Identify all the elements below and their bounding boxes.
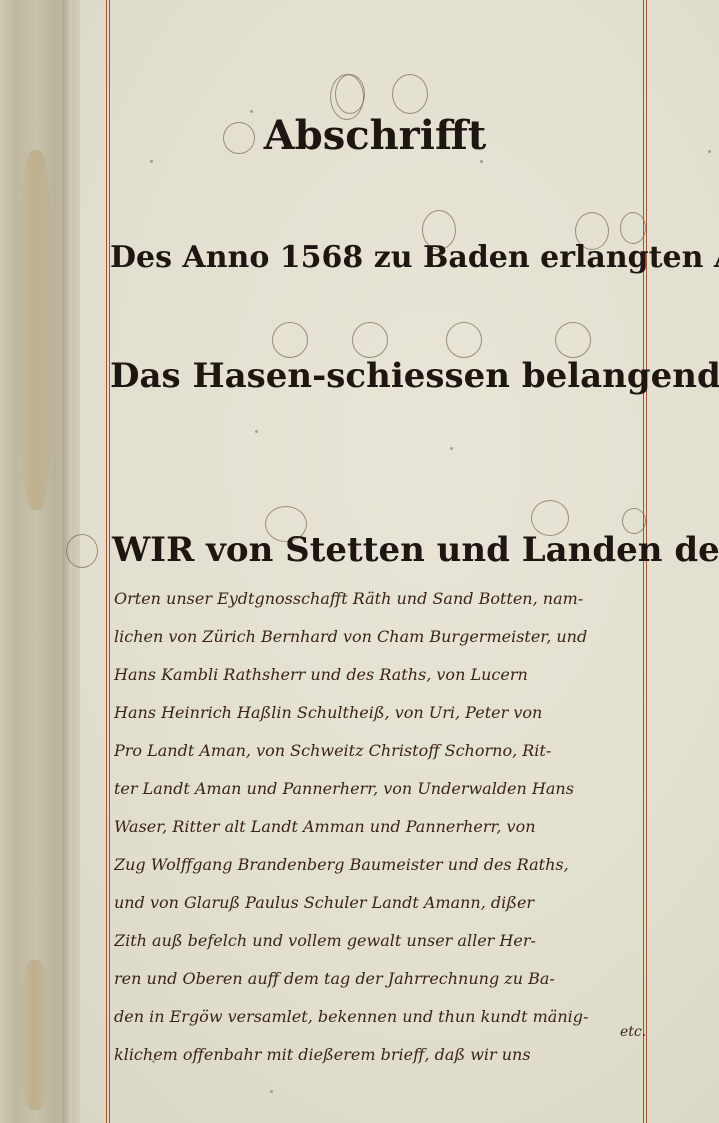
text-line: lichen von Zürich Bernhard von Cham Burg… [114,618,644,656]
paper-speck [450,447,453,450]
text-line: Hans Heinrich Haßlin Schultheiß, von Uri… [114,694,644,732]
water-stain [20,960,50,1110]
water-stain [18,150,54,510]
flourish-loop-icon [392,74,428,114]
flourish-loop-icon [555,322,591,358]
flourish-loop-icon [335,74,365,114]
document-subtitle: Des Anno 1568 zu Baden erlangten Abschei… [110,240,640,275]
end-mark: etc. [620,1024,646,1040]
manuscript-page: Abschrifft Des Anno 1568 zu Baden erlang… [0,0,719,1123]
paper-speck [708,150,711,153]
opening-line: WIR von Stetten und Landen der VII. [112,530,642,570]
text-line: Zith auß befelch und vollem gewalt unser… [114,922,644,960]
text-line: Waser, Ritter alt Landt Amman und Panner… [114,808,644,846]
flourish-loop-icon [352,322,388,358]
body-text: Orten unser Eydtgnosschafft Räth und San… [114,580,644,1074]
text-line: Pro Landt Aman, von Schweitz Christoff S… [114,732,644,770]
document-title: Abschrifft [110,112,640,159]
flourish-loop-icon [446,322,482,358]
paper-speck [270,1090,273,1093]
text-line: Orten unser Eydtgnosschafft Räth und San… [114,580,644,618]
flourish-loop-icon [272,322,308,358]
left-margin-rule [106,0,110,1123]
document-topic: Das Hasen-schiessen belangend [110,356,640,396]
paper-speck [152,1060,155,1063]
text-line: den in Ergöw versamlet, bekennen und thu… [114,998,644,1036]
text-line: ren und Oberen auff dem tag der Jahrrech… [114,960,644,998]
text-line: Zug Wolffgang Brandenberg Baumeister und… [114,846,644,884]
paper-speck [150,160,153,163]
text-line: Hans Kambli Rathsherr und des Raths, von… [114,656,644,694]
paper-speck [255,430,258,433]
text-line: ter Landt Aman und Pannerherr, von Under… [114,770,644,808]
paper-speck [250,110,253,113]
text-line: klichem offenbahr mit dießerem brieff, d… [114,1036,644,1074]
paper-speck [480,160,483,163]
text-line: und von Glaruß Paulus Schuler Landt Aman… [114,884,644,922]
flourish-loop-icon [66,534,98,568]
